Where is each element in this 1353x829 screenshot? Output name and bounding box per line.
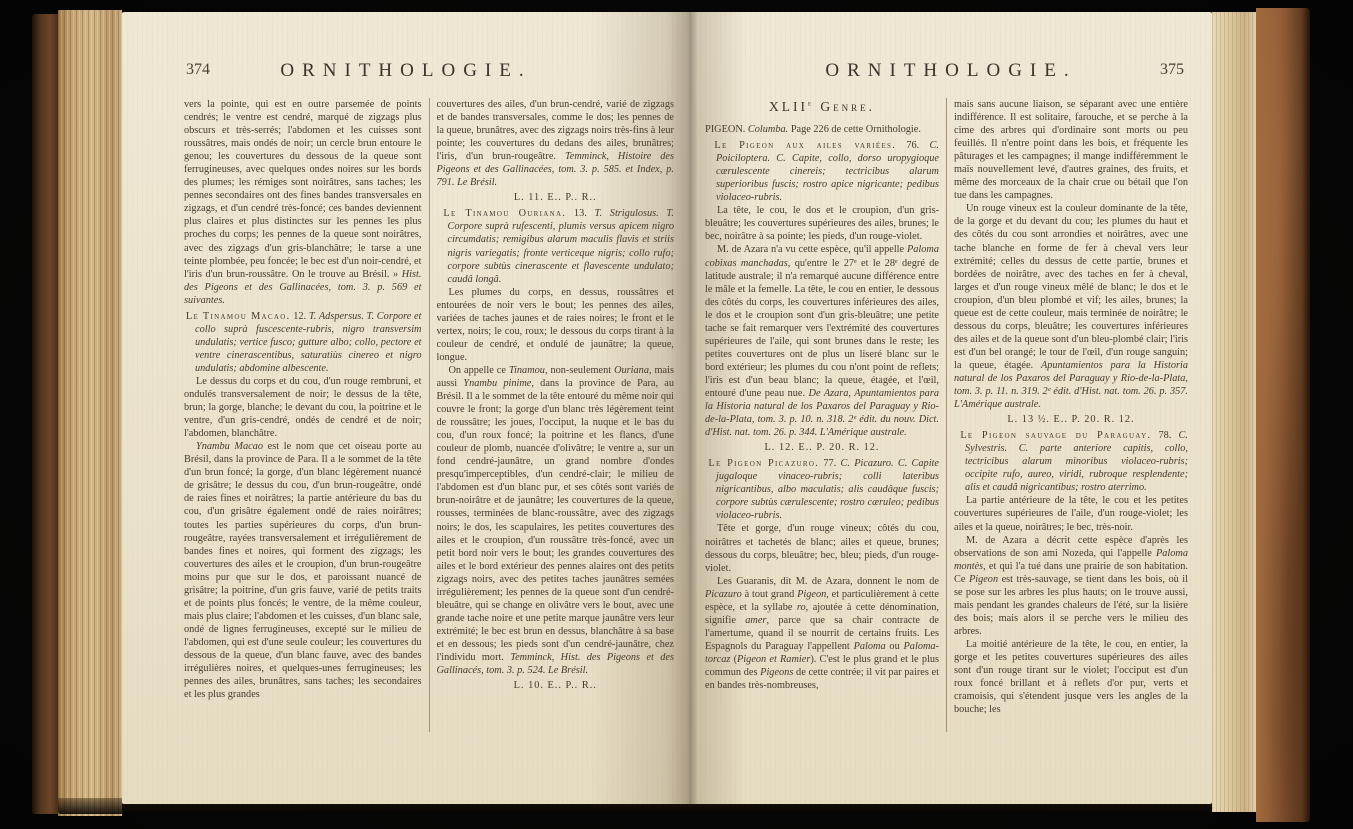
paragraph: * Le Pigeon aux ailes variées. 76. C. Po… (716, 139, 939, 204)
paragraph: Le dessus du corps et du cou, d'un rouge… (184, 375, 422, 440)
left-page-text: vers la pointe, qui est en outre parsemé… (184, 98, 674, 736)
paragraph: mais sans aucune liaison, se séparant av… (954, 98, 1188, 202)
paragraph: Un rouge vineux est la couleur dominante… (954, 202, 1188, 411)
paragraph: Les plumes du corps, en dessus, roussâtr… (437, 286, 675, 364)
paragraph: * Le Tinamou Ouriana. 13. T. Strigulosus… (448, 207, 675, 285)
paragraph: * Le Pigeon Picazuro. 77. C. Picazuro. C… (716, 457, 939, 522)
text-column: vers la pointe, qui est en outre parsemé… (184, 98, 422, 736)
paragraph: L. 11. E.. P.. R.. (437, 191, 675, 204)
paragraph: Ynambu Macao est le nom que cet oiseau p… (184, 440, 422, 701)
paragraph: * Le Pigeon sauvage du Paraguay. 78. C. … (965, 429, 1188, 494)
paragraph: M. de Azara n'a vu cette espèce, qu'il a… (705, 243, 939, 439)
paragraph: L. 13 ½. E.. P. 20. R. 12. (954, 413, 1188, 426)
paragraph: PIGEON. Columba. Page 226 de cette Ornit… (716, 123, 939, 136)
paragraph: M. de Azara a décrit cette espèce d'aprè… (954, 534, 1188, 638)
left-page-block-edge (58, 10, 122, 816)
page-number: 375 (1160, 61, 1184, 79)
paragraph: La moitié antérieure de la tête, le cou,… (954, 638, 1188, 716)
paragraph: * Le Tinamou Macao. 12. T. Adspersus. T.… (195, 310, 422, 375)
paragraph: L. 10. E.. P.. R.. (437, 679, 675, 692)
left-cover-edge (32, 14, 58, 814)
paragraph: Les Guaranis, dit M. de Azara, donnent l… (705, 575, 939, 692)
right-cover-edge (1256, 8, 1310, 822)
right-page-block-edge (1212, 12, 1256, 812)
right-page: 375 ORNITHOLOGIE. XLIIe Genre.PIGEON. Co… (690, 12, 1212, 804)
text-column: couvertures des ailes, d'un brun-cendré,… (437, 98, 675, 736)
text-column: XLIIe Genre.PIGEON. Columba. Page 226 de… (705, 98, 939, 736)
paragraph: La tête, le cou, le dos et le croupion, … (705, 204, 939, 243)
paragraph: Tête et gorge, d'un rouge vineux; côtés … (705, 522, 939, 574)
column-rule (946, 98, 947, 732)
text-column: mais sans aucune liaison, se séparant av… (954, 98, 1188, 736)
paragraph: L. 12. E.. P. 20. R. 12. (705, 441, 939, 454)
right-page-text: XLIIe Genre.PIGEON. Columba. Page 226 de… (705, 98, 1188, 736)
paragraph: vers la pointe, qui est en outre parsemé… (184, 98, 422, 307)
paragraph: couvertures des ailes, d'un brun-cendré,… (437, 98, 675, 189)
right-page-header: 375 ORNITHOLOGIE. (690, 60, 1212, 90)
paragraph: On appelle ce Tinamou, non-seulement Our… (437, 364, 675, 677)
photo-background: 374 ORNITHOLOGIE. vers la pointe, qui es… (0, 0, 1353, 829)
left-page-header: 374 ORNITHOLOGIE. (122, 60, 690, 90)
paragraph: La partie antérieure de la tête, le cou … (954, 494, 1188, 533)
paragraph: XLIIe Genre. (705, 100, 939, 113)
running-head: ORNITHOLOGIE. (690, 60, 1212, 82)
left-page: 374 ORNITHOLOGIE. vers la pointe, qui es… (122, 12, 690, 804)
book: 374 ORNITHOLOGIE. vers la pointe, qui es… (30, 8, 1312, 822)
page-number: 374 (186, 61, 210, 79)
column-rule (429, 98, 430, 732)
